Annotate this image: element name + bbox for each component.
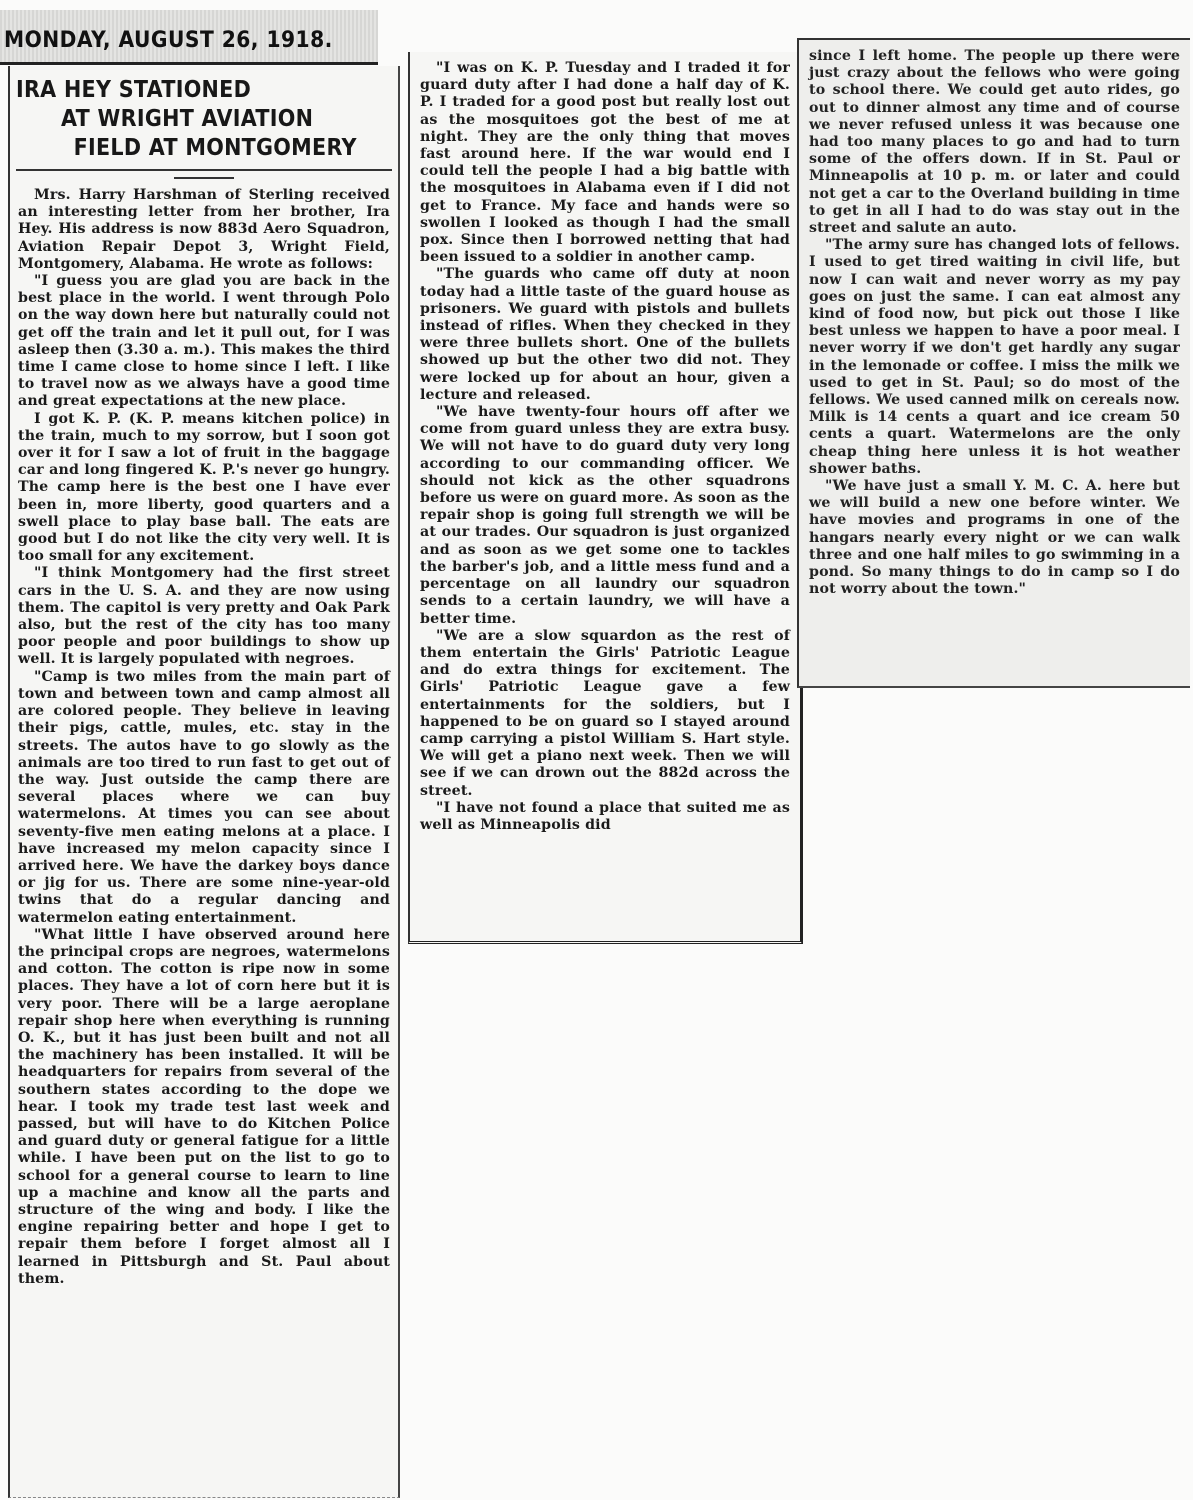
paragraph: "The guards who came off duty at noon to… bbox=[420, 266, 790, 404]
headline-line-3: FIELD AT MONTGOMERY bbox=[16, 134, 354, 163]
dateline-banner: MONDAY, AUGUST 26, 1918. bbox=[0, 10, 378, 65]
paragraph: I got K. P. (K. P. means kitchen police)… bbox=[18, 411, 390, 566]
paragraph: Mrs. Harry Harshman of Sterling received… bbox=[18, 187, 390, 273]
article-column-3: since I left home. The people up there w… bbox=[797, 38, 1190, 688]
paragraph: "The army sure has changed lots of fello… bbox=[809, 237, 1180, 478]
article-column-1: IRA HEY STATIONED AT WRIGHT AVIATION FIE… bbox=[8, 66, 400, 1498]
article-column-2: "I was on K. P. Tuesday and I traded it … bbox=[408, 52, 803, 944]
dateline: MONDAY, AUGUST 26, 1918. bbox=[4, 28, 333, 53]
headline-line-1: IRA HEY STATIONED bbox=[16, 76, 354, 105]
paragraph: "I guess you are glad you are back in th… bbox=[18, 273, 390, 411]
paragraph: "Camp is two miles from the main part of… bbox=[18, 669, 390, 927]
paragraph: "We are a slow squardon as the rest of t… bbox=[420, 628, 790, 800]
paragraph: "I have not found a place that suited me… bbox=[420, 800, 790, 834]
paragraph: "What little I have observed around here… bbox=[18, 927, 390, 1288]
headline-divider bbox=[174, 177, 234, 179]
paragraph: "I was on K. P. Tuesday and I traded it … bbox=[420, 60, 790, 266]
headline-line-2: AT WRIGHT AVIATION bbox=[16, 105, 354, 134]
paragraph: since I left home. The people up there w… bbox=[809, 48, 1180, 237]
headline: IRA HEY STATIONED AT WRIGHT AVIATION FIE… bbox=[16, 76, 392, 171]
paragraph: "I think Montgomery had the first street… bbox=[18, 565, 390, 668]
paragraph: "We have twenty-four hours off after we … bbox=[420, 404, 790, 628]
paragraph: "We have just a small Y. M. C. A. here b… bbox=[809, 478, 1180, 598]
